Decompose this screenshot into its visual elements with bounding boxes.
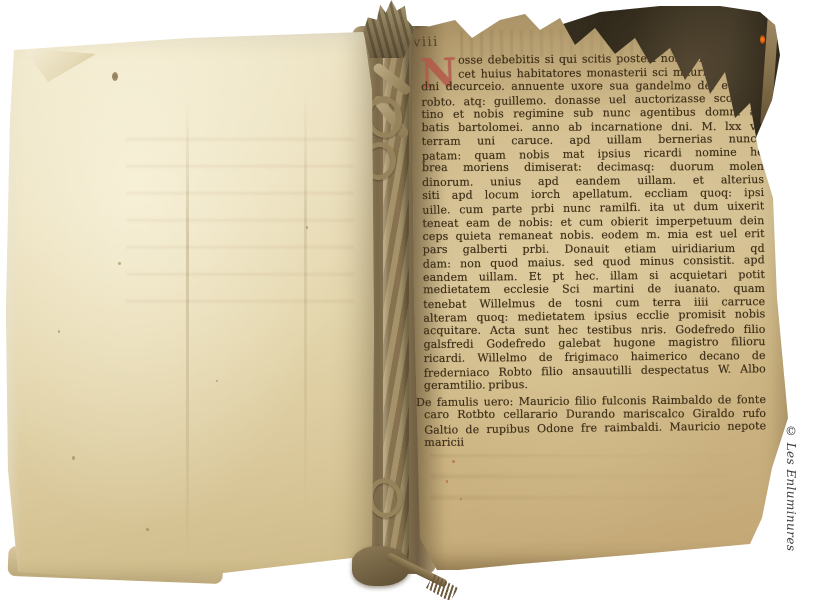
photo-credit: © Les Enluminures: [777, 424, 799, 580]
ink-showthrough: [126, 138, 354, 308]
red-ink-speck: [446, 480, 448, 483]
cover-edge-strip: [760, 14, 779, 126]
parchment-speck: [146, 528, 149, 531]
folded-corner: [20, 42, 98, 84]
manuscript-photo: viii N osse debebitis si qui scitis post…: [0, 0, 839, 600]
photo-credit-text: © Les Enluminures: [784, 424, 798, 551]
manuscript-text-line: medietatem ecclesie Sci martini de iuana…: [423, 282, 765, 297]
manuscript-text-line: batis bartolomei. anno ab incarnatione d…: [422, 120, 764, 135]
ink-showthrough: [430, 454, 730, 508]
left-blank-page: [6, 30, 378, 588]
red-ink-speck: [452, 460, 455, 463]
parchment-speck: [58, 330, 60, 333]
manuscript-text-line: brea moriens dimiserat: decimasq: duorum…: [422, 160, 764, 175]
parchment-speck: [306, 226, 308, 229]
parchment-speck: [216, 380, 218, 382]
parchment-speck: [118, 262, 121, 265]
parchment-speck: [72, 456, 75, 460]
folio-number: viii: [413, 36, 439, 50]
red-ink-speck: [460, 498, 462, 500]
edge-glint: [760, 35, 765, 44]
spine-tassel-fray: [426, 574, 458, 600]
manuscript-text-line: acquitare. Acta sunt hec testibus nris. …: [423, 323, 765, 338]
manuscript-text-block: osse debebitis si qui scitis posteri nos…: [421, 51, 766, 450]
parchment-hole: [112, 72, 118, 81]
